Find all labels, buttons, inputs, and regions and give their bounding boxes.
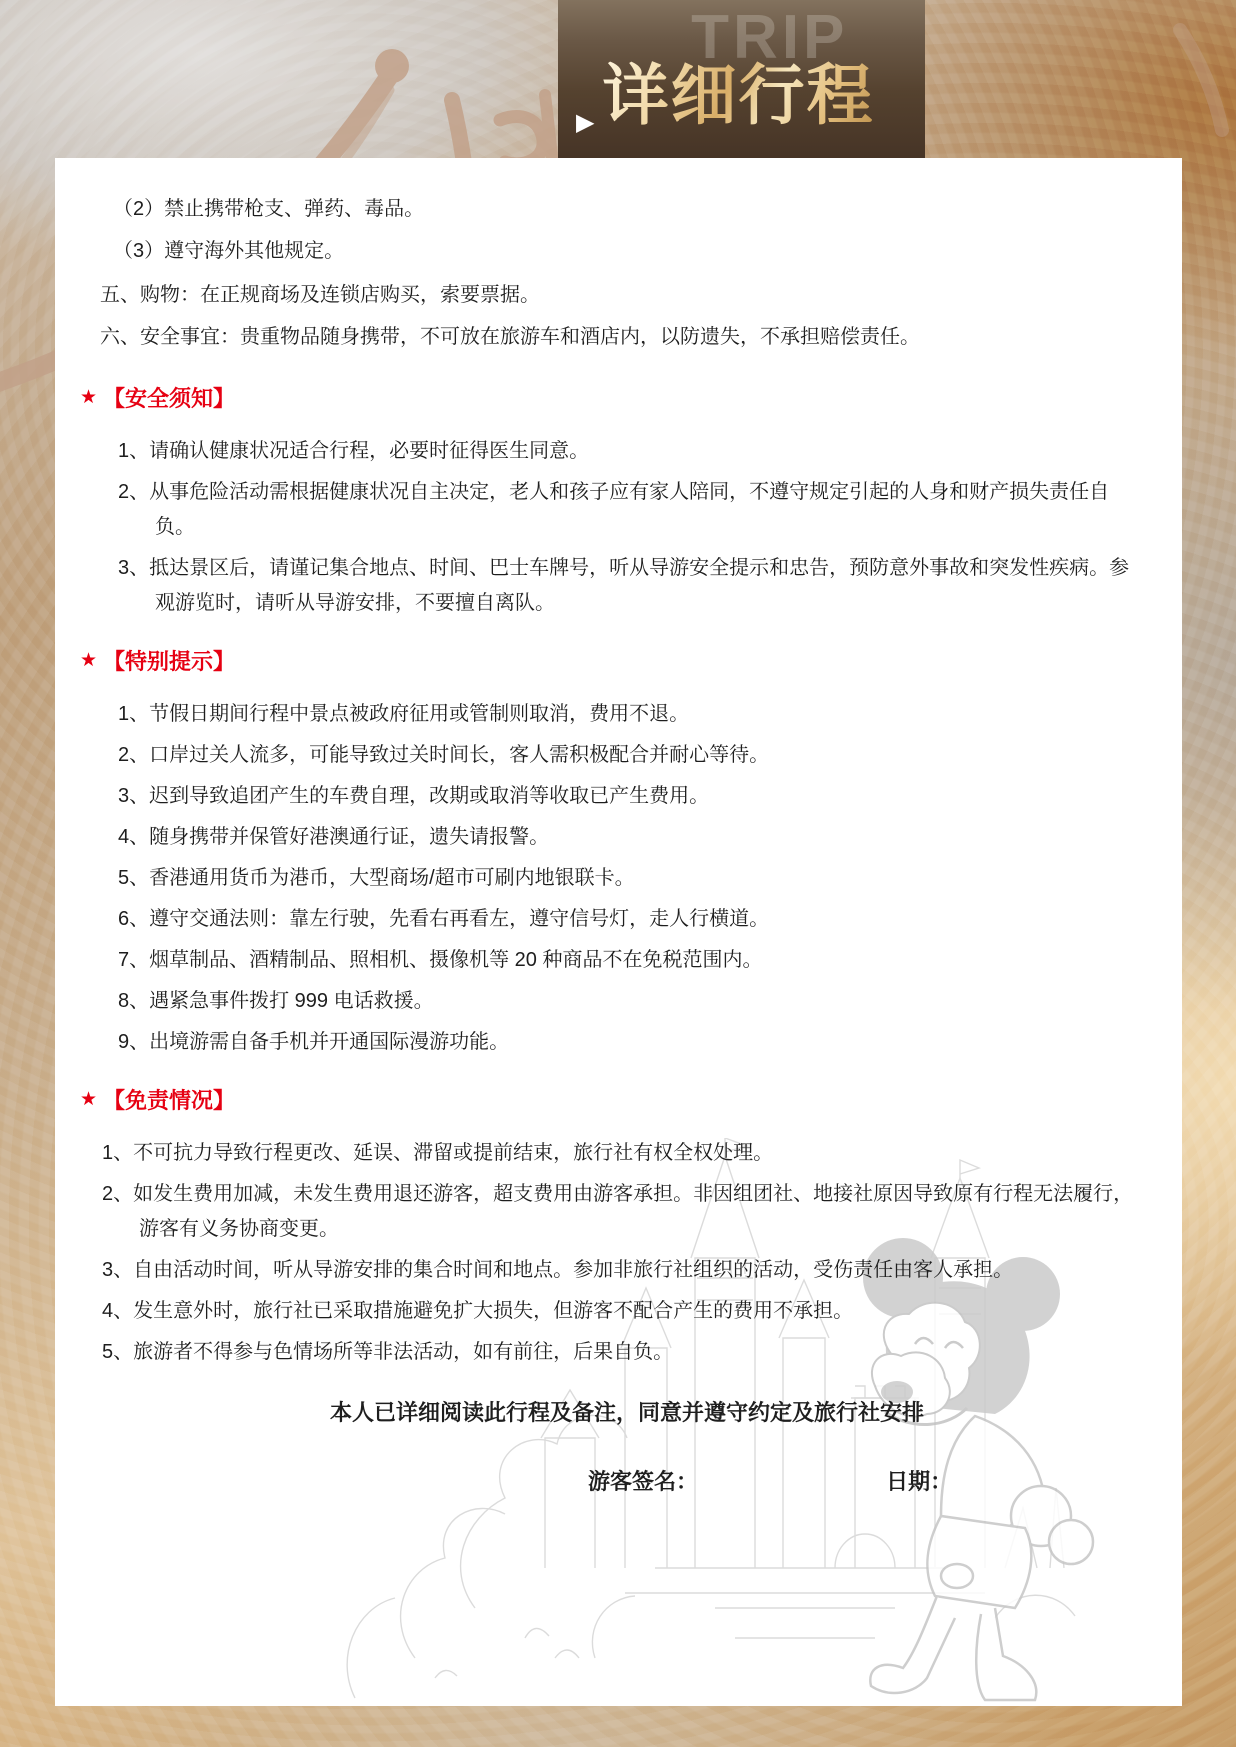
section-title: ★ 【免责情况】	[80, 1086, 1146, 1116]
section-disclaimer: ★ 【免责情况】 1、不可抗力导致行程更改、延误、滞留或提前结束，旅行社有权全权…	[80, 1086, 1146, 1370]
section-item-list: 1、请确认健康状况适合行程，必要时征得医生同意。2、从事危险活动需根据健康状况自…	[118, 434, 1146, 621]
list-item: 4、随身携带并保管好港澳通行证，遗失请报警。	[118, 820, 1146, 855]
section-title-text: 【免责情况】	[103, 1086, 235, 1116]
list-item: 4、发生意外时，旅行社已采取措施避免扩大损失，但游客不配合产生的费用不承担。	[102, 1294, 1146, 1329]
list-item: 7、烟草制品、酒精制品、照相机、摄像机等 20 种商品不在免税范围内。	[118, 943, 1146, 978]
title-banner: TRIP ▶ 详细行程	[558, 0, 925, 158]
main-rule-list: 五、购物：在正规商场及连锁店购买，索要票据。六、安全事宜：贵重物品随身携带，不可…	[100, 274, 1146, 358]
section-title: ★ 【特别提示】	[80, 647, 1146, 677]
section-safety-notice: ★ 【安全须知】 1、请确认健康状况适合行程，必要时征得医生同意。2、从事危险活…	[80, 384, 1146, 621]
list-item: 1、请确认健康状况适合行程，必要时征得医生同意。	[118, 434, 1146, 469]
document-canvas: TRIP ▶ 详细行程	[0, 0, 1236, 1747]
signature-row: 游客签名： 日期：	[80, 1465, 1146, 1496]
list-item: 8、遇紧急事件拨打 999 电话救援。	[118, 984, 1146, 1019]
rule-item: （2）禁止携带枪支、弹药、毒品。	[113, 188, 1146, 230]
rule-item: （3）遵守海外其他规定。	[113, 230, 1146, 272]
page-title: 详细行程	[602, 40, 874, 150]
triangle-pointer-icon: ▶	[576, 111, 594, 135]
list-item: 1、节假日期间行程中景点被政府征用或管制则取消，费用不退。	[118, 697, 1146, 732]
sub-rule-list: （2）禁止携带枪支、弹药、毒品。（3）遵守海外其他规定。	[113, 188, 1146, 272]
list-item: 6、遵守交通法则：靠左行驶，先看右再看左，遵守信号灯，走人行横道。	[118, 902, 1146, 937]
signature-label: 游客签名：	[588, 1469, 698, 1494]
star-icon: ★	[80, 383, 97, 413]
document-page: （2）禁止携带枪支、弹药、毒品。（3）遵守海外其他规定。 五、购物：在正规商场及…	[55, 158, 1182, 1706]
agreement-statement: 本人已详细阅读此行程及备注，同意并遵守约定及旅行社安排	[80, 1396, 1146, 1427]
date-label: 日期：	[886, 1469, 952, 1494]
star-icon: ★	[80, 646, 97, 676]
section-title-text: 【特别提示】	[103, 647, 235, 677]
list-item: 1、不可抗力导致行程更改、延误、滞留或提前结束，旅行社有权全权处理。	[102, 1136, 1146, 1171]
list-item: 5、香港通用货币为港币，大型商场/超市可刷内地银联卡。	[118, 861, 1146, 896]
list-item: 3、自由活动时间，听从导游安排的集合时间和地点。参加非旅行社组织的活动，受伤责任…	[102, 1253, 1146, 1288]
list-item: 2、口岸过关人流多，可能导致过关时间长，客人需积极配合并耐心等待。	[118, 738, 1146, 773]
rule-item: 五、购物：在正规商场及连锁店购买，索要票据。	[100, 274, 1146, 316]
star-icon: ★	[80, 1085, 97, 1115]
list-item: 2、如发生费用加减，未发生费用退还游客，超支费用由游客承担。非因组团社、地接社原…	[102, 1177, 1146, 1247]
rule-item: 六、安全事宜：贵重物品随身携带，不可放在旅游车和酒店内，以防遗失，不承担赔偿责任…	[100, 316, 1146, 358]
page-title-row: ▶ 详细行程	[576, 40, 874, 150]
list-item: 5、旅游者不得参与色情场所等非法活动，如有前往，后果自负。	[102, 1335, 1146, 1370]
list-item: 9、出境游需自备手机并开通国际漫游功能。	[118, 1025, 1146, 1060]
section-item-list: 1、节假日期间行程中景点被政府征用或管制则取消，费用不退。2、口岸过关人流多，可…	[118, 697, 1146, 1060]
section-special-tips: ★ 【特别提示】 1、节假日期间行程中景点被政府征用或管制则取消，费用不退。2、…	[80, 647, 1146, 1060]
list-item: 3、迟到导致追团产生的车费自理，改期或取消等收取已产生费用。	[118, 779, 1146, 814]
section-item-list: 1、不可抗力导致行程更改、延误、滞留或提前结束，旅行社有权全权处理。2、如发生费…	[102, 1136, 1146, 1370]
document-content: （2）禁止携带枪支、弹药、毒品。（3）遵守海外其他规定。 五、购物：在正规商场及…	[55, 158, 1182, 1496]
list-item: 2、从事危险活动需根据健康状况自主决定，老人和孩子应有家人陪同，不遵守规定引起的…	[118, 475, 1146, 545]
list-item: 3、抵达景区后，请谨记集合地点、时间、巴士车牌号，听从导游安全提示和忠告，预防意…	[118, 551, 1146, 621]
section-title-text: 【安全须知】	[103, 384, 235, 414]
section-title: ★ 【安全须知】	[80, 384, 1146, 414]
